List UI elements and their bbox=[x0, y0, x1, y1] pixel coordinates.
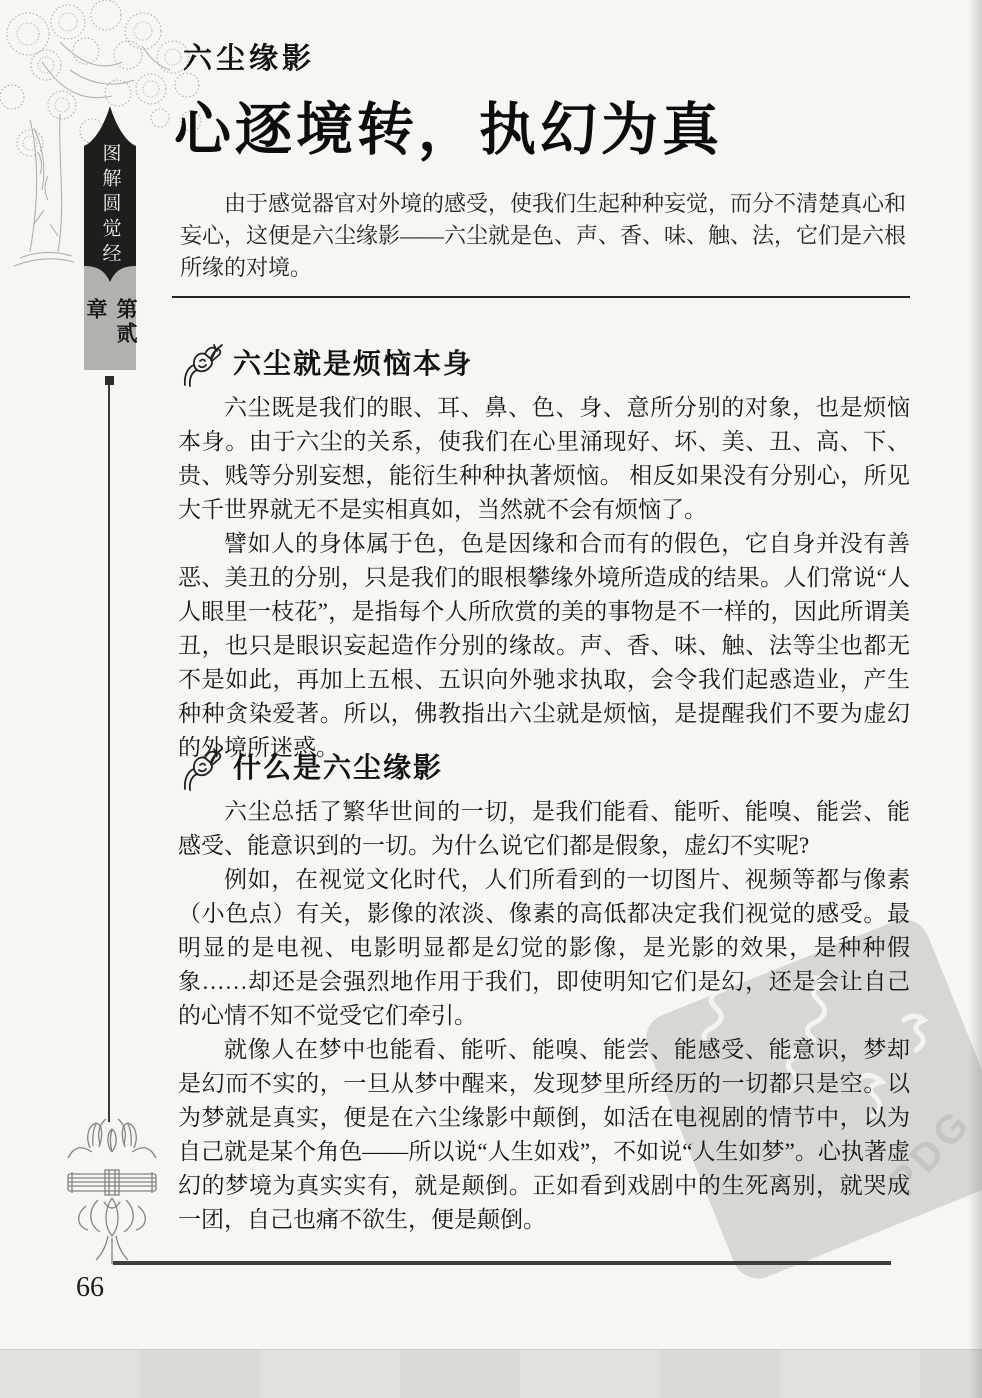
hand-mudra-icon bbox=[181, 342, 225, 388]
section-heading-2: 什么是六尘缘影 bbox=[181, 748, 443, 792]
scan-edge-bottom bbox=[0, 1349, 982, 1398]
paragraph: 就像人在梦中也能看、能听、能嗅、能尝、能感受、能意识，梦却是幻而不实的，一旦从梦… bbox=[178, 1033, 910, 1237]
section-1-body: 六尘既是我们的眼、耳、鼻、色、身、意所分别的对象，也是烦恼本身。由于六尘的关系，… bbox=[178, 391, 910, 765]
intro-paragraph: 由于感觉器官对外境的感受，使我们生起种种妄觉，而分不清楚真心和妄心，这便是六尘缘… bbox=[180, 188, 906, 284]
book-page: 图解圆觉经 第贰章 bbox=[0, 0, 982, 1398]
section-kicker: 六尘缘影 bbox=[183, 36, 315, 77]
paragraph: 六尘总括了繁华世间的一切，是我们能看、能听、能嗅、能尝、能感受、能意识到的一切。… bbox=[178, 795, 910, 863]
header-divider bbox=[172, 296, 910, 298]
section-heading-1: 六尘就是烦恼本身 bbox=[181, 344, 473, 388]
chapter-banner: 图解圆觉经 第贰章 bbox=[84, 106, 136, 372]
chapter-label-vertical: 第贰章 bbox=[84, 298, 136, 368]
footer-divider bbox=[113, 1261, 891, 1265]
hand-mudra-icon bbox=[181, 746, 225, 792]
section-2-body: 六尘总括了繁华世间的一切，是我们能看、能听、能嗅、能尝、能感受、能意识到的一切。… bbox=[178, 795, 910, 1237]
series-title-vertical: 图解圆觉经 bbox=[84, 142, 136, 268]
scan-edge-right bbox=[968, 0, 982, 1398]
lotus-illustration bbox=[60, 1116, 164, 1266]
paragraph: 例如，在视觉文化时代，人们所看到的一切图片、视频等都与像素（小色点）有关，影像的… bbox=[178, 863, 910, 1033]
margin-rule-vertical bbox=[108, 385, 110, 1122]
banner-dot bbox=[105, 376, 114, 385]
page-title: 心逐境转，执幻为真 bbox=[174, 84, 914, 166]
section-heading-text: 什么是六尘缘影 bbox=[233, 748, 443, 788]
paragraph: 六尘既是我们的眼、耳、鼻、色、身、意所分别的对象，也是烦恼本身。由于六尘的关系，… bbox=[178, 391, 910, 527]
section-heading-text: 六尘就是烦恼本身 bbox=[233, 344, 473, 384]
paragraph: 譬如人的身体属于色，色是因缘和合而有的假色，它自身并没有善恶、美丑的分别，只是我… bbox=[178, 527, 910, 765]
page-number: 66 bbox=[76, 1272, 104, 1304]
